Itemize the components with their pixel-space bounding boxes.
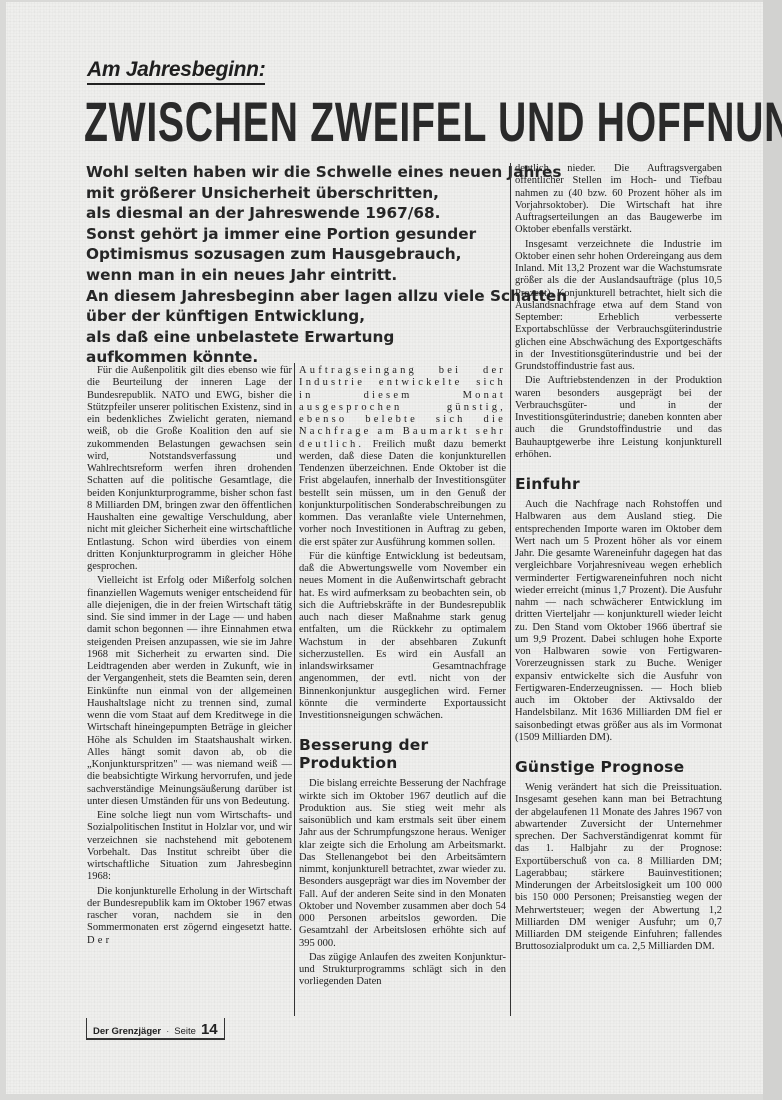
lead-line: An diesem Jahresbeginn aber lagen allzu … xyxy=(86,286,510,307)
paragraph: Auftragseingang bei der Industrie entwic… xyxy=(299,365,506,549)
paragraph: Die Auftriebstendenzen in der Produktion… xyxy=(515,375,722,461)
section-heading: Einfuhr xyxy=(515,475,722,493)
section-heading: Günstige Prognose xyxy=(515,758,722,776)
article-column-2: Auftragseingang bei der Industrie entwic… xyxy=(299,365,506,991)
lead-line: Sonst gehört ja immer eine Portion gesun… xyxy=(86,224,510,245)
paragraph: Für die künftige Entwicklung ist bedeuts… xyxy=(299,551,506,723)
lead-line: Optimismus sozusagen zum Hausgebrauch, xyxy=(86,244,510,265)
article-column-3: deutlich nieder. Die Auftragsvergaben öf… xyxy=(515,163,722,956)
lead-line: wenn man in ein neues Jahr eintritt. xyxy=(86,265,510,286)
section-heading: Besserung der Produktion xyxy=(299,736,506,772)
lead-line: über der künftigen Entwicklung, xyxy=(86,306,510,327)
paragraph: Die bislang erreichte Besserung der Nach… xyxy=(299,778,506,950)
paragraph: Auch die Nachfrage nach Rohstoffen und H… xyxy=(515,499,722,744)
paragraph: Eine solche liegt nun vom Wirtschafts- u… xyxy=(87,810,292,884)
continued-word: Der xyxy=(87,935,112,946)
paragraph: Das zügige Anlaufen des zweiten Konjunkt… xyxy=(299,952,506,989)
paragraph: Für die Außenpolitik gilt dies ebenso wi… xyxy=(87,365,292,573)
lead-line: als diesmal an der Jahreswende 1967/68. xyxy=(86,203,510,224)
page-number: 14 xyxy=(201,1021,218,1038)
paragraph-text: Die konjunkturelle Erholung in der Wirts… xyxy=(87,886,292,934)
article-column-1: Für die Außenpolitik gilt dies ebenso wi… xyxy=(87,365,292,949)
spaced-text: Auftragseingang bei der Industrie entwic… xyxy=(299,365,506,450)
lead-line: mit größerer Unsicherheit überschritten, xyxy=(86,183,510,204)
page-edge-shadow xyxy=(763,0,782,1100)
paragraph: Die konjunkturelle Erholung in der Wirts… xyxy=(87,886,292,947)
paragraph: deutlich nieder. Die Auftragsvergaben öf… xyxy=(515,163,722,237)
column-divider xyxy=(510,163,511,1016)
article-lead: Wohl selten haben wir die Schwelle eines… xyxy=(86,162,510,368)
lead-line: als daß eine unbelastete Erwartung xyxy=(86,327,510,348)
page-label: Seite xyxy=(174,1026,196,1037)
lead-line: Wohl selten haben wir die Schwelle eines… xyxy=(86,162,510,183)
paragraph: Wenig verändert hat sich die Preissituat… xyxy=(515,782,722,954)
footer-separator: · xyxy=(166,1026,169,1037)
column-divider xyxy=(294,363,295,1016)
article-kicker: Am Jahresbeginn: xyxy=(87,58,265,85)
article-headline: ZWISCHEN ZWEIFEL UND HOFFNUNG xyxy=(84,93,532,151)
paragraph: Vielleicht ist Erfolg oder Mißerfolg sol… xyxy=(87,575,292,808)
paragraph-text: Freilich mußt dazu bemerkt werden, daß d… xyxy=(299,439,506,548)
paragraph: Insgesamt verzeichnete die Industrie im … xyxy=(515,239,722,374)
page-footer: Der Grenzjäger · Seite 14 xyxy=(86,1018,225,1040)
publication-name: Der Grenzjäger xyxy=(93,1026,161,1037)
